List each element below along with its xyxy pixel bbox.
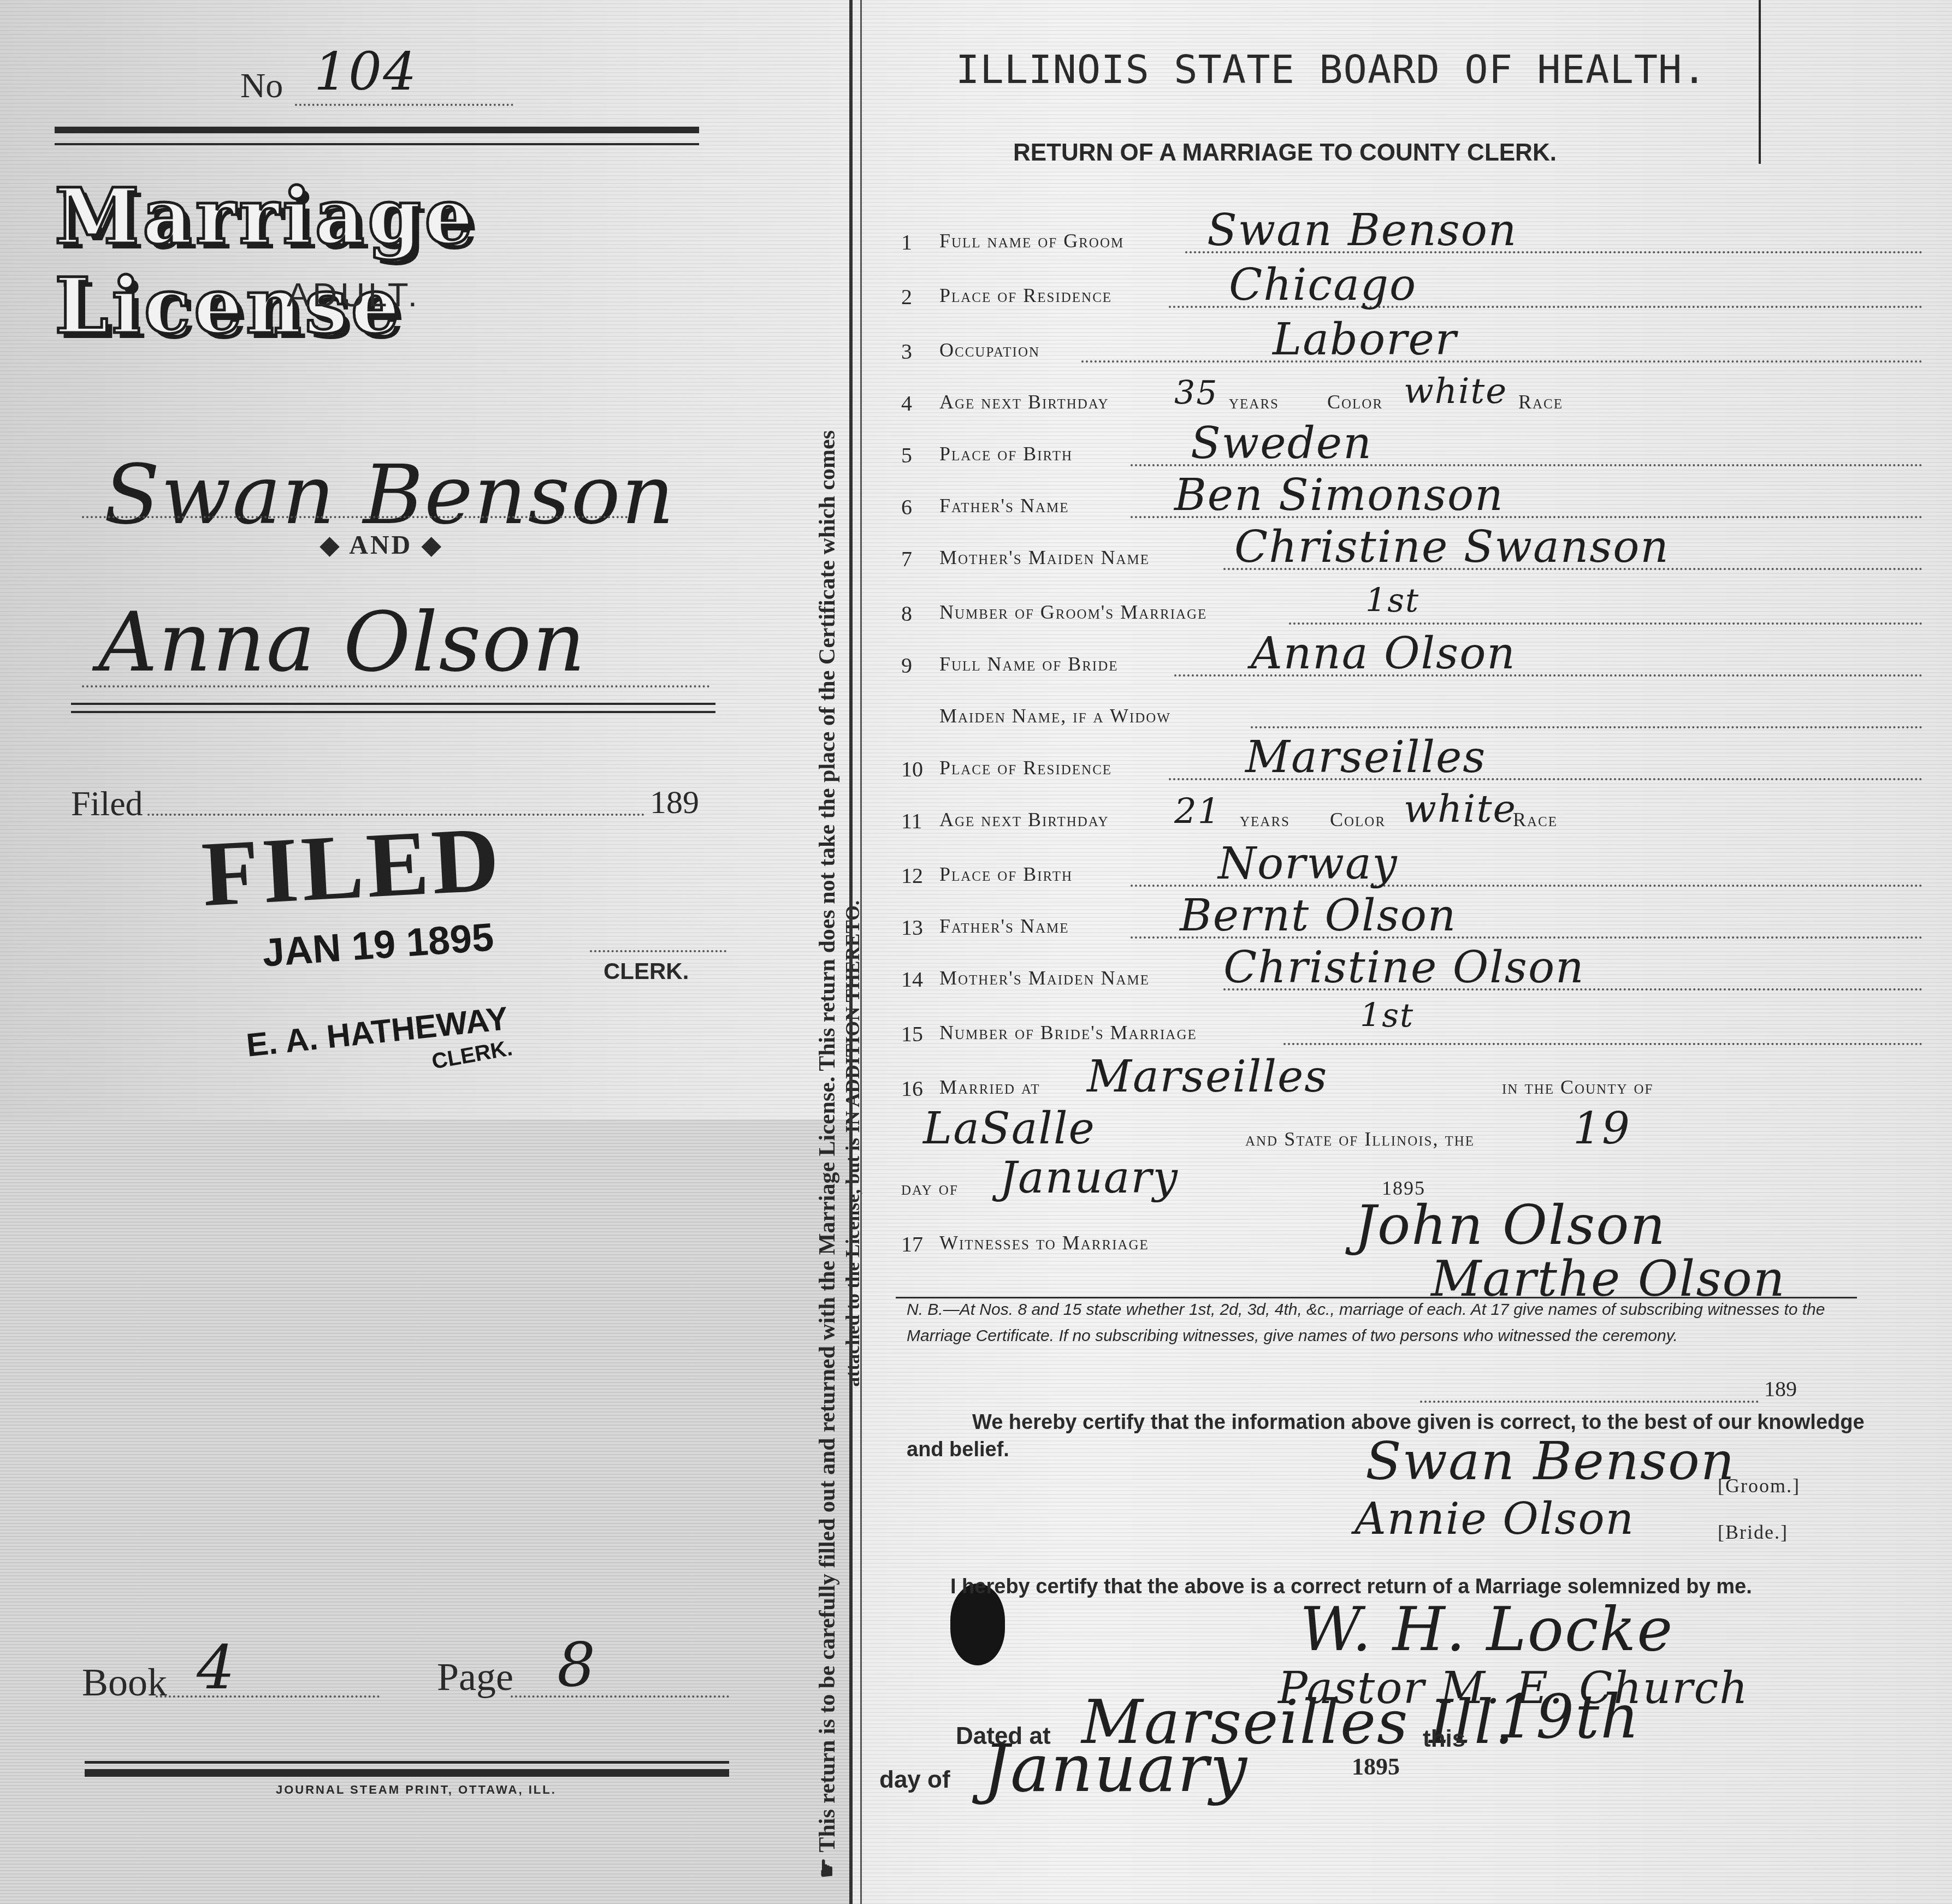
field-number: 14	[901, 966, 928, 992]
groom-color-value: white	[1404, 371, 1507, 412]
field-line	[1251, 726, 1923, 728]
clerk-label: CLERK.	[604, 958, 689, 984]
page-value: 8	[557, 1630, 596, 1700]
field-value: Bernt Olson	[1180, 890, 1457, 941]
field-number: 3	[901, 339, 928, 364]
field-label: Full name of Groom	[939, 229, 1124, 252]
witness-1: John Olson	[1354, 1193, 1666, 1257]
bride-age-value: 21	[1174, 792, 1221, 832]
field-value: Marseilles	[1245, 732, 1486, 782]
rule-double-1	[71, 703, 715, 705]
state-label: and State of Illinois, the	[1245, 1128, 1475, 1150]
field-line	[1283, 1043, 1923, 1045]
field-label: Witnesses to Marriage	[939, 1231, 1149, 1254]
printer-imprint: JOURNAL STEAM PRINT, OTTAWA, ILL.	[276, 1783, 557, 1797]
field-line	[1081, 360, 1923, 363]
field-number: 9	[901, 653, 928, 678]
field-row-bride-maiden-name: Maiden Name, if a Widow	[901, 696, 1939, 734]
dated-dayof-label: day of	[879, 1766, 950, 1794]
field-label: Mother's Maiden Name	[939, 546, 1150, 569]
field-row-groom-mother: 7 Mother's Maiden Name Christine Swanson	[901, 538, 1939, 576]
margin-note-line-1: ☛ This return is to be carefully filled …	[814, 430, 841, 1878]
groom-line	[82, 516, 628, 518]
county-label: in the County of	[1502, 1076, 1653, 1099]
field-value: Christine Olson	[1223, 942, 1585, 993]
field-label: Place of Birth	[939, 863, 1073, 886]
bride-tag: [Bride.]	[1718, 1521, 1788, 1544]
field-label: Father's Name	[939, 915, 1069, 938]
field-value: Sweden	[1191, 418, 1373, 468]
nb-note: N. B.—At Nos. 8 and 15 state whether 1st…	[907, 1297, 1868, 1349]
field-label: Place of Residence	[939, 756, 1112, 779]
field-row-bride-mother: 14 Mother's Maiden Name Christine Olson	[901, 958, 1939, 997]
years-label: years	[1240, 808, 1290, 831]
field-row-groom-residence: 2 Place of Residence Chicago	[901, 276, 1939, 314]
color-label: Color	[1330, 808, 1386, 831]
field-number: 13	[901, 915, 928, 940]
field-row-bride-father: 13 Father's Name Bernt Olson	[901, 906, 1939, 945]
field-value: Norway	[1218, 838, 1398, 889]
and-ornament: ◆ AND ◆	[320, 530, 443, 560]
groom-age-value: 35	[1174, 374, 1218, 412]
field-number: 5	[901, 442, 928, 468]
field-number: 12	[901, 863, 928, 888]
rule-double-2	[71, 711, 715, 713]
dated-year: 1895	[1352, 1753, 1400, 1781]
fold-divider-inner	[860, 0, 862, 1904]
field-row-bride-birthplace: 12 Place of Birth Norway	[901, 855, 1939, 893]
field-row-bride-age: 11 Age next Birthday 21 years Color whit…	[901, 800, 1939, 838]
form-header: ILLINOIS STATE BOARD OF HEALTH.	[956, 46, 1707, 92]
dated-month: January	[983, 1731, 1248, 1807]
dated-day: 19th	[1496, 1682, 1640, 1752]
and-label: AND	[349, 531, 412, 560]
month-value: January	[999, 1152, 1179, 1203]
race-label: Race	[1518, 390, 1563, 413]
field-label: Father's Name	[939, 494, 1069, 517]
field-value: 1st	[1365, 582, 1419, 620]
field-row-married-at: 16 Married at Marseilles in the County o…	[901, 1067, 1939, 1106]
field-value: Anna Olson	[1251, 628, 1516, 679]
field-value: Christine Swanson	[1234, 521, 1670, 572]
field-number: 15	[901, 1021, 928, 1047]
field-number: 10	[901, 756, 928, 782]
footer-thin-rule	[85, 1761, 729, 1764]
license-number-value: 104	[314, 41, 417, 102]
field-number: 17	[901, 1231, 928, 1257]
page-line	[511, 1695, 729, 1698]
field-value: Laborer	[1273, 314, 1457, 365]
field-label: Place of Residence	[939, 284, 1112, 307]
license-number-label: No	[240, 66, 283, 106]
dayof-label: day of	[901, 1177, 959, 1200]
blank-year: 189	[1764, 1376, 1797, 1402]
field-number: 16	[901, 1076, 928, 1101]
field-label: Number of Groom's Marriage	[939, 601, 1207, 624]
fold-divider	[849, 0, 853, 1904]
stamp-date: JAN 19 1895	[261, 915, 495, 975]
color-label: Color	[1327, 390, 1383, 413]
field-number: 11	[901, 808, 928, 834]
field-label: Mother's Maiden Name	[939, 966, 1150, 989]
license-cover-panel: No 104 Marriage License ADULT. Swan Bens…	[0, 0, 808, 1904]
license-title: Marriage License	[55, 172, 808, 351]
bride-name-handwritten: Anna Olson	[98, 595, 587, 690]
this-label: this	[1423, 1725, 1465, 1753]
field-row-groom-marriage-number: 8 Number of Groom's Marriage 1st	[901, 592, 1939, 631]
field-number: 4	[901, 390, 928, 416]
field-row-groom-occupation: 3 Occupation Laborer	[901, 330, 1939, 369]
field-label: Age next Birthday	[939, 390, 1109, 413]
page-label: Page	[437, 1654, 513, 1700]
book-line	[156, 1695, 380, 1698]
return-form-panel: ILLINOIS STATE BOARD OF HEALTH. RETURN O…	[874, 0, 1952, 1904]
number-underline	[295, 104, 513, 106]
groom-tag: [Groom.]	[1718, 1474, 1800, 1497]
field-number: 2	[901, 284, 928, 310]
stamp-filed: FILED	[199, 806, 505, 928]
field-value: Chicago	[1229, 259, 1417, 310]
field-row-groom-age: 4 Age next Birthday 35 years Color white…	[901, 382, 1939, 420]
groom-name-handwritten: Swan Benson	[104, 448, 675, 543]
field-row-groom-father: 6 Father's Name Ben Simonson	[901, 486, 1939, 524]
header-box-right-edge	[1759, 0, 1761, 164]
field-number: 8	[901, 601, 928, 626]
thick-rule	[55, 127, 699, 133]
clerk-line	[590, 950, 726, 952]
field-value: Swan Benson	[1207, 205, 1517, 256]
race-label: Race	[1513, 808, 1558, 831]
field-label: Occupation	[939, 339, 1040, 361]
blank-date-line	[1420, 1401, 1759, 1403]
filed-year-prefix: 189	[650, 784, 699, 821]
field-number: 1	[901, 229, 928, 255]
license-subtitle: ADULT.	[287, 276, 421, 315]
field-row-bride-name: 9 Full Name of Bride Anna Olson	[901, 644, 1939, 683]
field-value: Marseilles	[1087, 1051, 1328, 1102]
field-row-groom-name: 1 Full name of Groom Swan Benson	[901, 221, 1939, 259]
field-row-bride-residence: 10 Place of Residence Marseilles	[901, 748, 1939, 786]
field-value: Ben Simonson	[1174, 470, 1504, 520]
field-label: Place of Birth	[939, 442, 1073, 465]
thin-rule	[55, 143, 699, 145]
field-value: 1st	[1360, 997, 1414, 1035]
day-value: 19	[1573, 1103, 1631, 1154]
filed-label: Filed	[71, 784, 143, 824]
bride-signature: Annie Olson	[1354, 1493, 1635, 1544]
field-line	[1289, 622, 1923, 625]
book-label: Book	[82, 1660, 167, 1705]
field-label: Married at	[939, 1076, 1040, 1099]
bride-line	[82, 685, 710, 687]
bride-color-value: white	[1404, 786, 1517, 831]
field-number: 6	[901, 494, 928, 520]
field-label: Maiden Name, if a Widow	[939, 704, 1171, 727]
officiant-signature: W. H. Locke	[1300, 1594, 1673, 1664]
years-label: years	[1229, 390, 1279, 413]
field-label: Number of Bride's Marriage	[939, 1021, 1197, 1044]
field-number: 7	[901, 546, 928, 572]
county-value: LaSalle	[923, 1103, 1096, 1154]
footer-thick-rule	[85, 1769, 729, 1777]
form-subheader: RETURN OF A MARRIAGE TO COUNTY CLERK.	[1013, 139, 1557, 167]
field-label: Age next Birthday	[939, 808, 1109, 831]
field-row-groom-birthplace: 5 Place of Birth Sweden	[901, 434, 1939, 472]
book-value: 4	[197, 1633, 236, 1703]
groom-signature: Swan Benson	[1365, 1431, 1736, 1492]
field-label: Full Name of Bride	[939, 653, 1118, 675]
field-row-bride-marriage-number: 15 Number of Bride's Marriage 1st	[901, 1013, 1939, 1051]
